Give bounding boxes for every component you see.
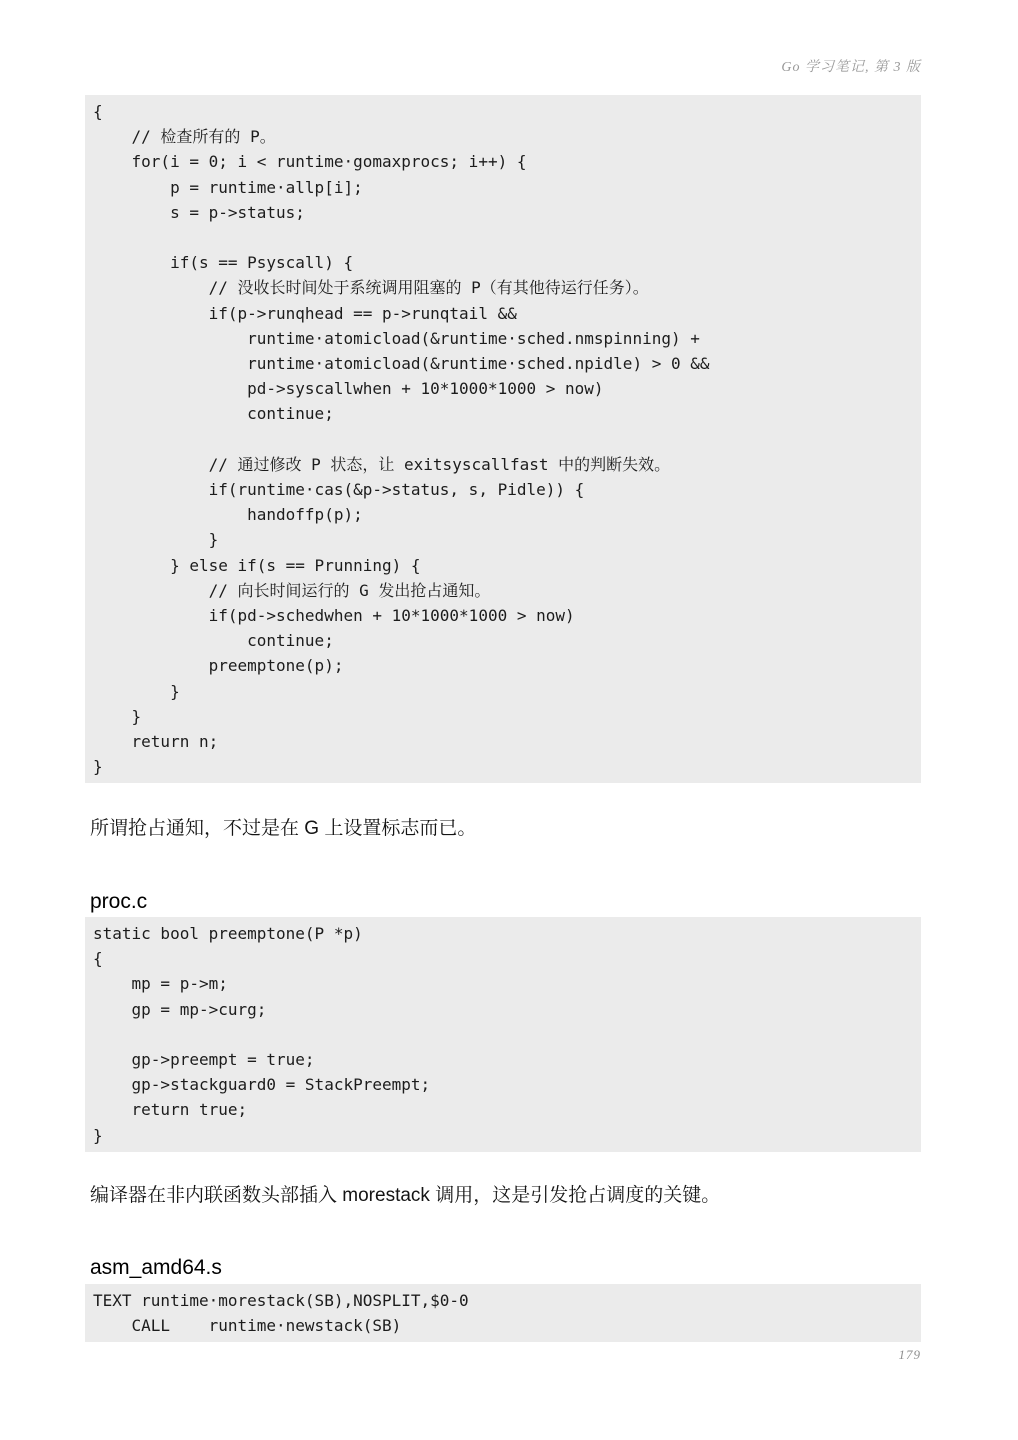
heading-proc-c: proc.c xyxy=(90,890,147,914)
book-page: Go 学习笔记, 第 3 版 { // 检查所有的 P。 for(i = 0; … xyxy=(0,0,1018,1440)
running-header: Go 学习笔记, 第 3 版 xyxy=(781,56,921,76)
code-block-preemptone: static bool preemptone(P *p) { mp = p->m… xyxy=(85,917,921,1152)
code-block-retake-p: { // 检查所有的 P。 for(i = 0; i < runtime·gom… xyxy=(85,95,921,783)
heading-asm-amd64-s: asm_amd64.s xyxy=(90,1256,222,1280)
page-number: 179 xyxy=(899,1347,922,1363)
paragraph-morestack-note: 编译器在非内联函数头部插入 morestack 调用，这是引发抢占调度的关键。 xyxy=(90,1183,926,1209)
code-block-morestack: TEXT runtime·morestack(SB),NOSPLIT,$0-0 … xyxy=(85,1284,921,1342)
paragraph-preempt-notice: 所谓抢占通知，不过是在 G 上设置标志而已。 xyxy=(90,816,926,842)
